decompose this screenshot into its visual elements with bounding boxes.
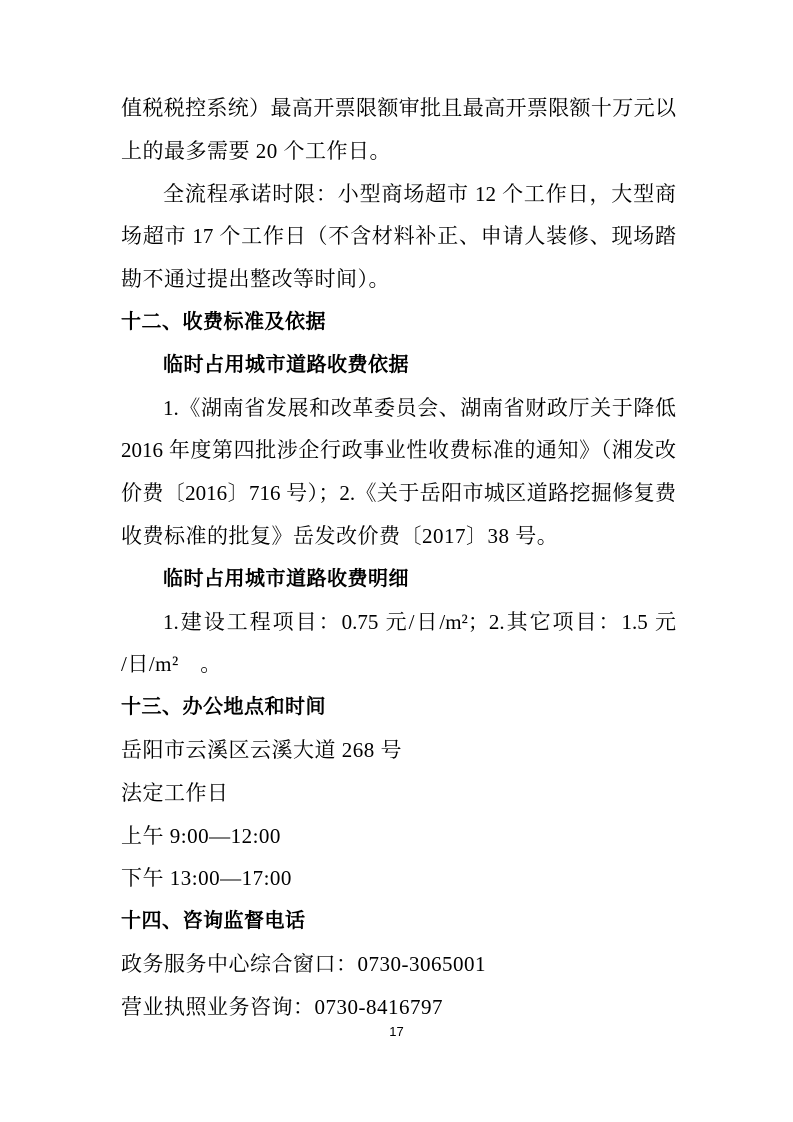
body-line: 1.《湖南省发展和改革委员会、湖南省财政厅关于降低 bbox=[121, 387, 676, 430]
morning-hours-line: 上午 9:00—12:00 bbox=[121, 815, 676, 858]
workday-line: 法定工作日 bbox=[121, 772, 676, 815]
subheading-fee-basis: 临时占用城市道路收费依据 bbox=[121, 344, 676, 387]
body-line: 勘不通过提出整改等时间）。 bbox=[121, 258, 676, 301]
section-heading-14: 十四、咨询监督电话 bbox=[121, 900, 676, 943]
phone-line-business-license: 营业执照业务咨询：0730-8416797 bbox=[121, 986, 676, 1029]
address-line: 岳阳市云溪区云溪大道 268 号 bbox=[121, 729, 676, 772]
subheading-fee-detail: 临时占用城市道路收费明细 bbox=[121, 558, 676, 601]
afternoon-hours-line: 下午 13:00—17:00 bbox=[121, 857, 676, 900]
page-number: 17 bbox=[0, 1024, 793, 1039]
body-line: 场超市 17 个工作日（不含材料补正、申请人装修、现场踏 bbox=[121, 215, 676, 258]
body-line: 1.建设工程项目：0.75 元/日/m²；2.其它项目：1.5 元 bbox=[121, 601, 676, 644]
section-heading-13: 十三、办公地点和时间 bbox=[121, 686, 676, 729]
body-line: 2016 年度第四批涉企行政事业性收费标准的通知》（湘发改 bbox=[121, 429, 676, 472]
body-line: 上的最多需要 20 个工作日。 bbox=[121, 130, 676, 173]
body-line: 价费〔2016〕716 号）；2.《关于岳阳市城区道路挖掘修复费 bbox=[121, 472, 676, 515]
body-line: /日/m² 。 bbox=[121, 643, 676, 686]
phone-line-service-center: 政务服务中心综合窗口：0730-3065001 bbox=[121, 943, 676, 986]
document-body: 值税税控系统）最高开票限额审批且最高开票限额十万元以 上的最多需要 20 个工作… bbox=[121, 87, 676, 1029]
section-heading-12: 十二、收费标准及依据 bbox=[121, 301, 676, 344]
body-line: 值税税控系统）最高开票限额审批且最高开票限额十万元以 bbox=[121, 87, 676, 130]
document-page: 值税税控系统）最高开票限额审批且最高开票限额十万元以 上的最多需要 20 个工作… bbox=[0, 0, 793, 1122]
body-line: 全流程承诺时限：小型商场超市 12 个工作日，大型商 bbox=[121, 173, 676, 216]
body-line: 收费标准的批复》岳发改价费〔2017〕38 号。 bbox=[121, 515, 676, 558]
